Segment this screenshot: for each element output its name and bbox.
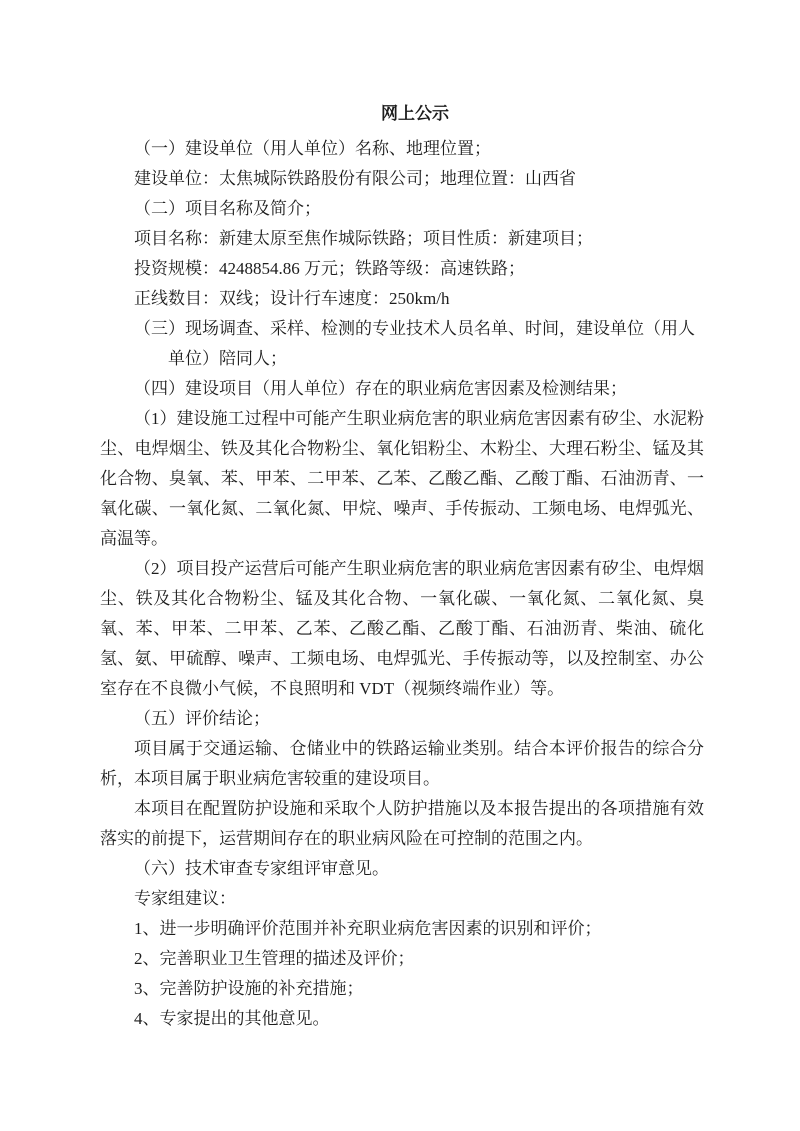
paragraph: 正线数目：双线；设计行车速度：250km/h <box>100 284 704 314</box>
paragraph: （六）技术审查专家组评审意见。 <box>100 854 704 884</box>
paragraph: （1）建设施工过程中可能产生职业病危害的职业病危害因素有矽尘、水泥粉尘、电焊烟尘… <box>100 404 704 554</box>
paragraph: （三）现场调查、采样、检测的专业技术人员名单、时间，建设单位（用人单位）陪同人； <box>100 314 704 374</box>
document-title: 网上公示 <box>100 100 704 128</box>
paragraph: 建设单位：太焦城际铁路股份有限公司；地理位置：山西省 <box>100 164 704 194</box>
paragraph: 投资规模：4248854.86 万元；铁路等级：高速铁路； <box>100 254 704 284</box>
paragraph: 项目属于交通运输、仓储业中的铁路运输业类别。结合本评价报告的综合分析，本项目属于… <box>100 734 704 794</box>
document-body: （一）建设单位（用人单位）名称、地理位置；建设单位：太焦城际铁路股份有限公司；地… <box>100 134 704 1034</box>
paragraph: 本项目在配置防护设施和采取个人防护措施以及本报告提出的各项措施有效落实的前提下，… <box>100 794 704 854</box>
paragraph: （二）项目名称及简介； <box>100 194 704 224</box>
paragraph: 4、专家提出的其他意见。 <box>100 1004 704 1034</box>
paragraph: （五）评价结论； <box>100 704 704 734</box>
paragraph: 1、进一步明确评价范围并补充职业病危害因素的识别和评价； <box>100 914 704 944</box>
paragraph: 专家组建议： <box>100 884 704 914</box>
paragraph: 3、完善防护设施的补充措施； <box>100 974 704 1004</box>
paragraph: 项目名称：新建太原至焦作城际铁路；项目性质：新建项目； <box>100 224 704 254</box>
paragraph: （2）项目投产运营后可能产生职业病危害的职业病危害因素有矽尘、电焊烟尘、铁及其化… <box>100 554 704 704</box>
paragraph: 2、完善职业卫生管理的描述及评价； <box>100 944 704 974</box>
paragraph: （四）建设项目（用人单位）存在的职业病危害因素及检测结果； <box>100 374 704 404</box>
document-page: 网上公示 （一）建设单位（用人单位）名称、地理位置；建设单位：太焦城际铁路股份有… <box>0 0 800 1131</box>
paragraph: （一）建设单位（用人单位）名称、地理位置； <box>100 134 704 164</box>
